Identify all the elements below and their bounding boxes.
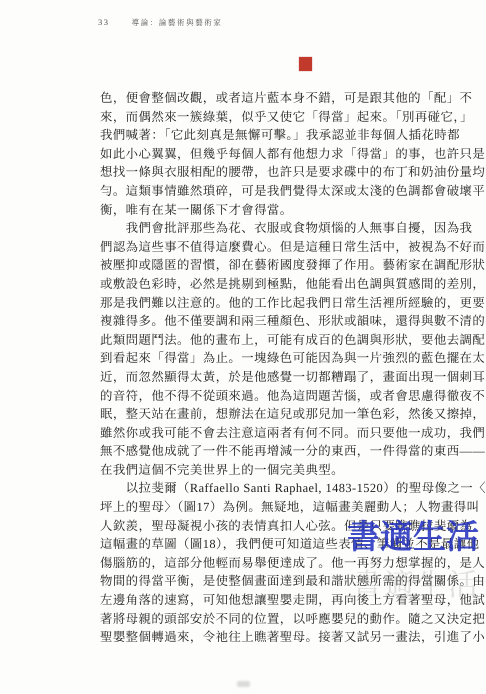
paragraph-3: 以拉斐爾（Raffaello Santi Raphael, 1483-1520）… bbox=[100, 479, 462, 646]
paragraph-1: 色，便會整個改觀，或者這片藍本身不錯，可是跟其他的「配」不 來，而偶然來一簇綠葉… bbox=[100, 89, 462, 219]
body-text-block: 色，便會整個改觀，或者這片藍本身不錯，可是跟其他的「配」不 來，而偶然來一簇綠葉… bbox=[100, 89, 462, 647]
running-head-title: 導論：論藝術與藝術家 bbox=[132, 17, 223, 28]
paragraph-2: 我們會批評那些為花、衣服或食物煩惱的人無事自擾，因為我 們認為這些事不值得這麼費… bbox=[100, 219, 462, 479]
red-seal-mark bbox=[299, 57, 312, 71]
page-header: 33 導論：論藝術與藝術家 bbox=[98, 17, 223, 29]
book-page: 33 導論：論藝術與藝術家 色，便會整個改觀，或者這片藍本身不錯，可是跟其他的「… bbox=[0, 0, 486, 694]
folio-page-number: 33 bbox=[98, 17, 110, 27]
bleed-through-mark bbox=[237, 681, 250, 687]
